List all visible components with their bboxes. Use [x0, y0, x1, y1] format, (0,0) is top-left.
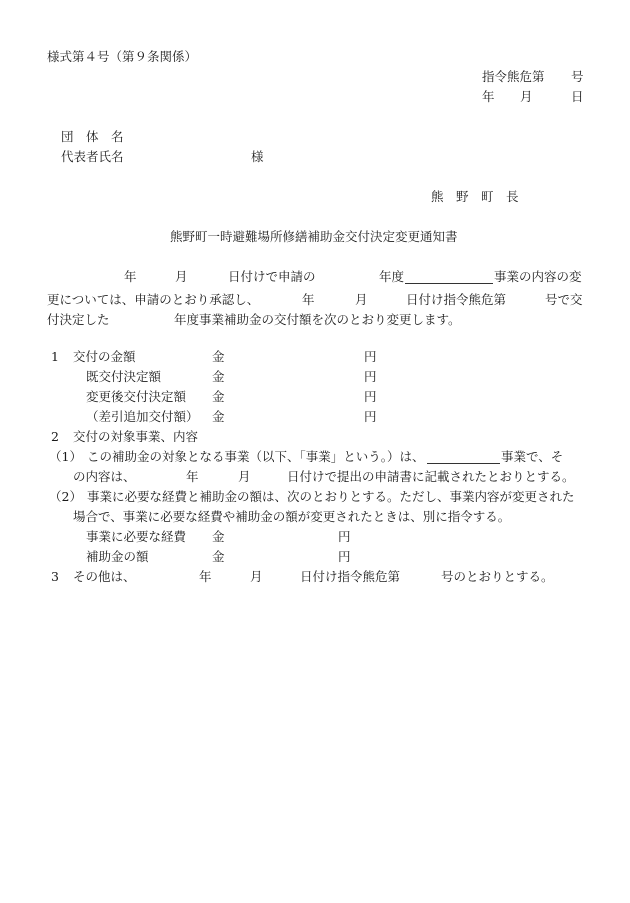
- body-line3-rest: 年度事業補助金の交付額を次のとおり変更します。: [174, 312, 461, 328]
- section2-item2-number: （2）: [49, 489, 82, 505]
- body-line2-text: 更については、申請のとおり承認し、: [47, 292, 259, 308]
- section1-heading-kin: 金: [212, 349, 225, 365]
- body-line2-year: 年: [302, 292, 315, 308]
- section2-number: 2: [51, 429, 59, 445]
- section2-item1-number: （1）: [49, 449, 82, 465]
- section3-text-b: 日付け指令熊危第: [300, 569, 400, 585]
- section3-year: 年: [199, 569, 212, 585]
- section3-number: 3: [51, 569, 59, 585]
- document-title: 熊野町一時避難場所修繕補助金交付決定変更通知書: [170, 229, 458, 245]
- section1-row-kin: 金: [212, 369, 225, 385]
- project-name-blank-2[interactable]: [427, 449, 500, 464]
- date-year: 年: [482, 89, 495, 105]
- organization-name-label: 団 体 名: [61, 129, 124, 145]
- date-month: 月: [520, 89, 533, 105]
- section2-item1-month: 月: [238, 469, 251, 485]
- body-line1-fiscal-year: 年度: [379, 269, 404, 285]
- sender-mayor: 熊 野 町 長: [431, 189, 519, 205]
- body-line2-day-text: 日付け指令熊危第: [406, 292, 506, 308]
- body-line1-year: 年: [124, 269, 137, 285]
- form-number: 様式第４号（第９条関係）: [47, 49, 197, 65]
- section2-item1-year: 年: [186, 469, 199, 485]
- document-number-prefix: 指令熊危第: [482, 69, 545, 85]
- section2-item2-row-kin: 金: [212, 549, 225, 565]
- section2-item1-line2-rest: 日付けで提出の申請書に記載されたとおりとする。: [287, 469, 575, 485]
- section1-row-label: 既交付決定額: [86, 369, 161, 385]
- body-line3-text: 付決定した: [47, 312, 110, 328]
- document-number-suffix: 号: [571, 69, 584, 85]
- section2-item2-line2: 場合で、事業に必要な経費や補助金の額が変更されたときは、別に指令する。: [73, 509, 510, 525]
- section3-month: 月: [250, 569, 263, 585]
- section2-item2-row-kin: 金: [212, 529, 225, 545]
- body-line1-month: 月: [175, 269, 188, 285]
- body-line2-suffix: 号で交: [545, 292, 583, 308]
- section2-heading: 交付の対象事業、内容: [73, 429, 198, 445]
- section2-item2-row-label: 補助金の額: [86, 549, 149, 565]
- section2-item2-row-yen: 円: [338, 529, 351, 545]
- representative-name-label: 代表者氏名: [61, 149, 124, 165]
- section3-text-c: 号のとおりとする。: [441, 569, 554, 585]
- honorific-sama: 様: [251, 149, 264, 165]
- body-line2-month: 月: [355, 292, 368, 308]
- section2-item1-line2: の内容は、: [73, 469, 136, 485]
- section2-item1-line1-end: 事業で、そ: [501, 449, 563, 465]
- date-day: 日: [571, 89, 584, 105]
- body-line1-after-blank: 事業の内容の変: [494, 269, 582, 285]
- section1-row-yen: 円: [364, 389, 377, 405]
- section1-row-kin: 金: [212, 389, 225, 405]
- project-name-blank[interactable]: [405, 269, 493, 284]
- section3-text-a: その他は、: [73, 569, 136, 585]
- section1-row-yen: 円: [364, 369, 377, 385]
- section2-item1-line1: この補助金の対象となる事業（以下、「事業」という。）は、: [87, 449, 425, 465]
- section2-item2-line1: 事業に必要な経費と補助金の額は、次のとおりとする。ただし、事業内容が変更された: [87, 489, 575, 505]
- section2-item2-row-yen: 円: [338, 549, 351, 565]
- section1-row-yen: 円: [364, 409, 377, 425]
- section2-item2-row-label: 事業に必要な経費: [86, 529, 186, 545]
- section1-heading-yen: 円: [364, 349, 377, 365]
- section1-row-kin: 金: [212, 409, 225, 425]
- section1-heading: 交付の金額: [73, 349, 136, 365]
- section1-number: 1: [51, 349, 59, 365]
- section1-row-label: （差引追加交付額）: [86, 409, 199, 425]
- section1-row-label: 変更後交付決定額: [86, 389, 186, 405]
- body-line1-day-text: 日付けで申請の: [228, 269, 316, 285]
